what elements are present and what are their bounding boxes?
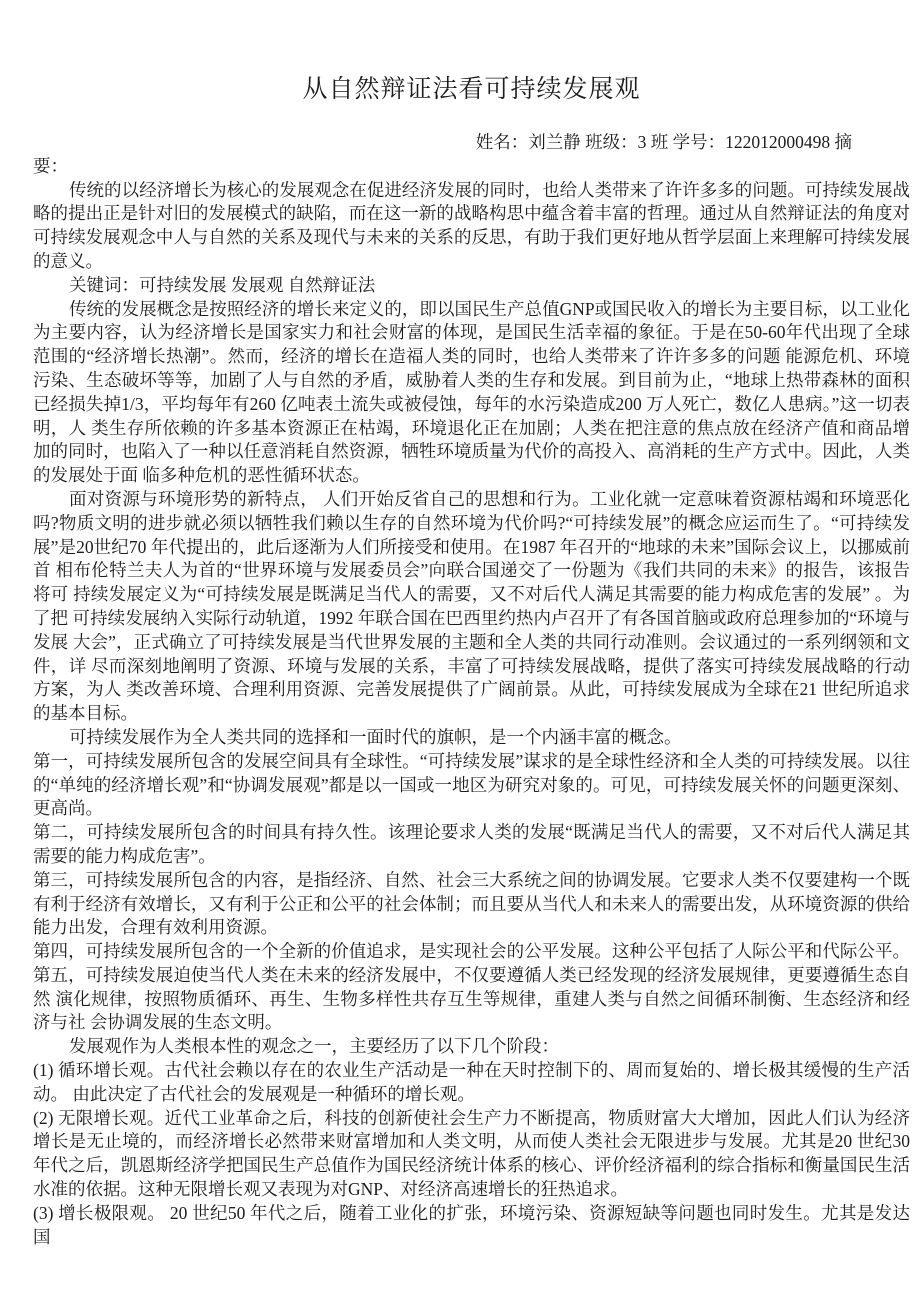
- paragraph: (3) 增长极限观。 20 世纪50 年代之后，随着工业化的扩张，环境污染、资源…: [33, 1202, 910, 1250]
- paragraph: 要：: [33, 155, 910, 179]
- paragraph: 第四，可持续发展所包含的一个全新的价值追求，是实现社会的公平发展。这种公平包括了…: [33, 940, 910, 1035]
- paragraph: 可持续发展作为全人类共同的选择和一面时代的旗帜，是一个内涵丰富的概念。: [33, 726, 910, 750]
- paragraph: 面对资源与环境形势的新特点， 人们开始反省自己的思想和行为。工业化就一定意味着资…: [33, 488, 910, 726]
- author-info-line: 姓名：刘兰静 班级：3 班 学号：122012000498 摘: [33, 131, 910, 155]
- document-body: 要：传统的以经济增长为核心的发展观念在促进经济发展的同时，也给人类带来了许许多多…: [33, 155, 910, 1250]
- document-page: 从自然辩证法看可持续发展观 姓名：刘兰静 班级：3 班 学号：122012000…: [0, 0, 920, 1302]
- paragraph: 第三，可持续发展所包含的内容，是指经济、自然、社会三大系统之间的协调发展。它要求…: [33, 869, 910, 940]
- paragraph: 发展观作为人类根本性的观念之一，主要经历了以下几个阶段：: [33, 1035, 910, 1059]
- paragraph: 关键词：可持续发展 发展观 自然辩证法: [33, 274, 910, 298]
- paragraph: 传统的以经济增长为核心的发展观念在促进经济发展的同时，也给人类带来了许许多多的问…: [33, 179, 910, 274]
- paragraph: 传统的发展概念是按照经济的增长来定义的，即以国民生产总值GNP或国民收入的增长为…: [33, 298, 910, 488]
- paragraph: (1) 循环增长观。古代社会赖以存在的农业生产活动是一种在天时控制下的、周而复始…: [33, 1059, 910, 1107]
- paragraph: 第二，可持续发展所包含的时间具有持久性。该理论要求人类的发展“既满足当代人的需要…: [33, 821, 910, 869]
- paragraph: (2) 无限增长观。近代工业革命之后，科技的创新使社会生产力不断提高，物质财富大…: [33, 1107, 910, 1202]
- document-title: 从自然辩证法看可持续发展观: [33, 74, 910, 106]
- paragraph: 第一，可持续发展所包含的发展空间具有全球性。“可持续发展”谋求的是全球性经济和全…: [33, 750, 910, 821]
